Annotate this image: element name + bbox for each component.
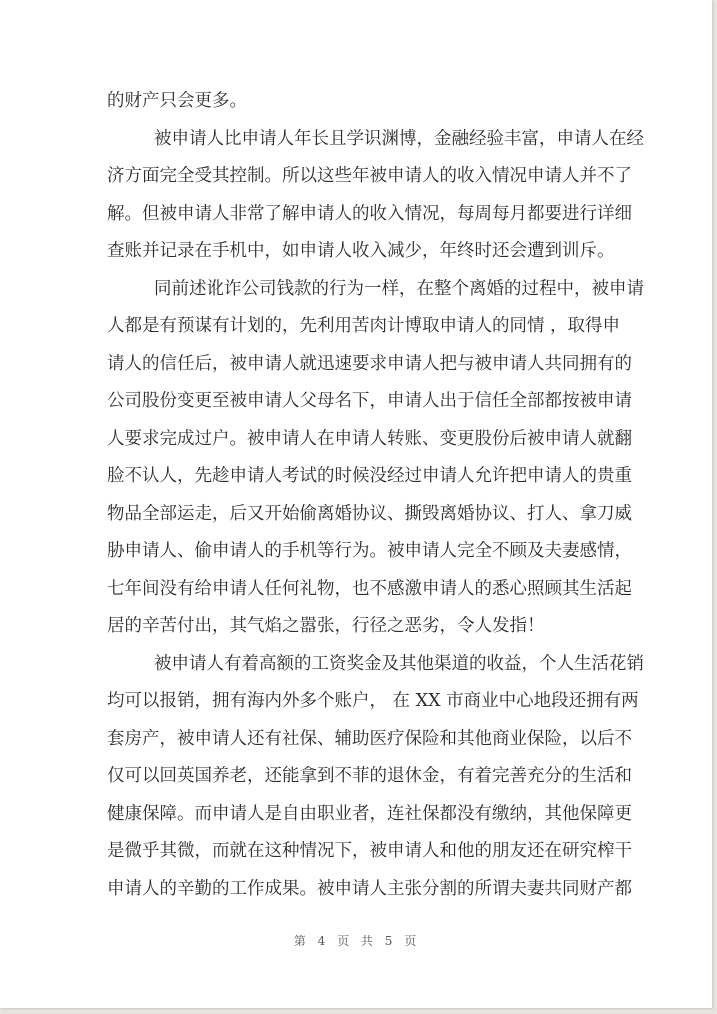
text-line: 脸不认人，先趁申请人考试的时候没经过申请人允许把申请人的贵重: [107, 458, 601, 496]
text-line: 的财产只会更多。: [107, 83, 601, 121]
footer-page-word-2: 页: [404, 934, 418, 948]
text-line: 请人的信任后，被申请人就迅速要求申请人把与被申请人共同拥有的: [107, 346, 601, 384]
text-line: 套房产，被申请人还有社保、辅助医疗保险和其他商业保险，以后不: [107, 721, 601, 759]
text-line: 仅可以回英国养老，还能拿到不菲的退休金，有着完善充分的生活和: [107, 758, 601, 796]
text-line: 居的辛苦付出，其气焰之嚣张，行径之恶劣，令人发指！: [107, 608, 601, 646]
page-footer: 第 4 页 共 5 页: [0, 932, 712, 949]
current-page-number: 4: [318, 934, 328, 948]
text-line: 人都是有预谋有计划的，先利用苦肉计博取申请人的同情 ，取得申: [107, 308, 601, 346]
text-line: 解。但被申请人非常了解申请人的收入情况，每周每月都要进行详细: [107, 196, 601, 234]
text-line: 查账并记录在手机中，如申请人收入减少，年终时还会遭到训斥。: [107, 233, 601, 271]
text-line: 健康保障。而申请人是自由职业者，连社保都没有缴纳，其他保障更: [107, 796, 601, 834]
text-line: 申请人的辛勤的工作成果。被申请人主张分割的所谓夫妻共同财产都: [107, 871, 601, 909]
total-pages-number: 5: [385, 934, 395, 948]
document-page: 的财产只会更多。 被申请人比申请人年长且学识渊博，金融经验丰富，申请人在经 济方…: [0, 0, 712, 1008]
text-line: 人要求完成过户。被申请人在申请人转账、变更股份后被申请人就翻: [107, 421, 601, 459]
document-body: 的财产只会更多。 被申请人比申请人年长且学识渊博，金融经验丰富，申请人在经 济方…: [107, 83, 601, 908]
text-line: 胁申请人、偷申请人的手机等行为。被申请人完全不顾及夫妻感情，: [107, 533, 601, 571]
footer-page-word: 页: [337, 934, 351, 948]
text-line: 济方面完全受其控制。所以这些年被申请人的收入情况申请人并不了: [107, 158, 601, 196]
text-line: 公司股份变更至被申请人父母名下，申请人出于信任全部都按被申请: [107, 383, 601, 421]
footer-total-word: 共: [361, 934, 375, 948]
text-line: 均可以报销，拥有海内外多个账户， 在 XX 市商业中心地段还拥有两: [107, 683, 601, 721]
footer-prefix: 第: [294, 934, 308, 948]
text-line: 是微乎其微，而就在这种情况下，被申请人和他的朋友还在研究榨干: [107, 833, 601, 871]
text-line: 被申请人比申请人年长且学识渊博，金融经验丰富，申请人在经: [107, 121, 601, 159]
text-line: 被申请人有着高额的工资奖金及其他渠道的收益，个人生活花销: [107, 646, 601, 684]
text-line: 七年间没有给申请人任何礼物，也不感激申请人的悉心照顾其生活起: [107, 571, 601, 609]
text-line: 同前述讹诈公司钱款的行为一样，在整个离婚的过程中，被申请: [107, 271, 601, 309]
text-line: 物品全部运走，后又开始偷离婚协议、撕毁离婚协议、打人、拿刀威: [107, 496, 601, 534]
